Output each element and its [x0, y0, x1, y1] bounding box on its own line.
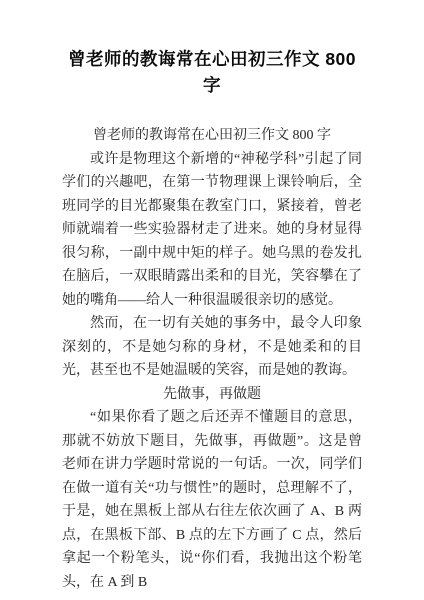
paragraph-teacher-introduction: 或许是物理这个新增的“神秘学科”引起了同学们的兴趣吧，在第一节物理课上课铃响后，…: [62, 148, 362, 313]
paragraph-most-impressive: 然而，在一切有关她的事务中，最令人印象深刻的，不是她匀称的身材，不是她柔和的目光…: [62, 312, 362, 383]
paragraph-physics-lesson: “如果你看了题之后还弄不懂题目的意思，那就不妨放下题目，先做事，再做题”。这是曾…: [62, 406, 362, 594]
section-subheading: 先做事，再做题: [62, 383, 362, 407]
document-title: 曾老师的教诲常在心田初三作文 800 字: [62, 46, 362, 98]
document-page: 曾老师的教诲常在心田初三作文 800 字 曾老师的教诲常在心田初三作文 800 …: [0, 0, 424, 600]
document-title-line-2: 字: [62, 72, 362, 98]
document-subtitle-line: 曾老师的教诲常在心田初三作文 800 字: [62, 124, 362, 148]
document-title-line-1: 曾老师的教诲常在心田初三作文 800: [62, 46, 362, 72]
document-body: 曾老师的教诲常在心田初三作文 800 字 或许是物理这个新增的“神秘学科”引起了…: [62, 124, 362, 594]
